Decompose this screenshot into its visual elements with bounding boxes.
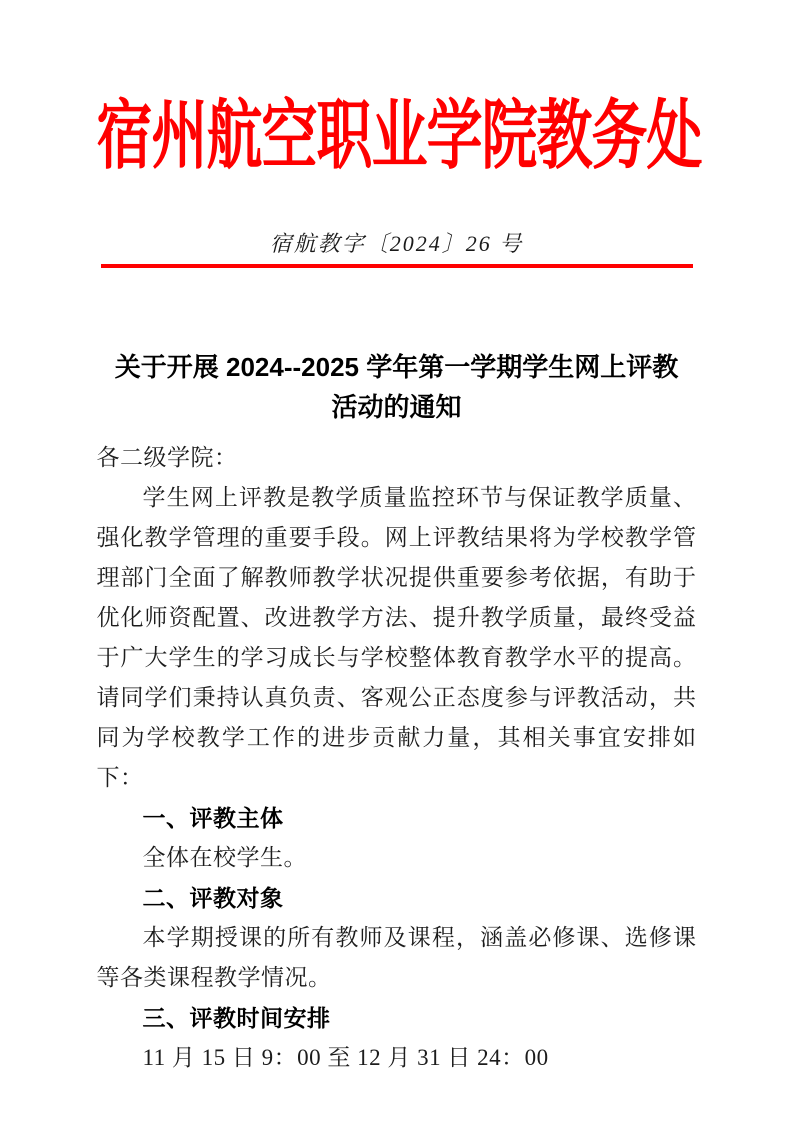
agency-header-title: 宿州航空职业学院教务处 <box>97 95 697 179</box>
red-divider-line <box>101 264 693 268</box>
section-2-body: 本学期授课的所有教师及课程，涵盖必修课、选修课等各类课程教学情况。 <box>97 918 697 998</box>
section-3-body: 11 月 15 日 9：00 至 12 月 31 日 24：00 <box>97 1038 697 1078</box>
section-1-heading: 一、评教主体 <box>97 798 697 838</box>
intro-paragraph: 学生网上评教是教学质量监控环节与保证教学质量、强化教学管理的重要手段。网上评教结… <box>97 478 697 798</box>
document-content: 宿州航空职业学院教务处 宿航教字〔2024〕26 号 关于开展 2024--20… <box>97 106 697 1078</box>
notice-title: 关于开展 2024--2025 学年第一学期学生网上评教 活动的通知 <box>97 347 697 427</box>
notice-title-line-1: 关于开展 2024--2025 学年第一学期学生网上评教 <box>97 347 697 387</box>
section-1-body: 全体在校学生。 <box>97 838 697 878</box>
document-body: 各二级学院： 学生网上评教是教学质量监控环节与保证教学质量、强化教学管理的重要手… <box>97 438 697 1078</box>
doc-number: 宿航教字〔2024〕26 号 <box>97 230 697 257</box>
section-3-heading: 三、评教时间安排 <box>97 998 697 1038</box>
document-page: 宿州航空职业学院教务处 宿航教字〔2024〕26 号 关于开展 2024--20… <box>0 0 793 1122</box>
salutation: 各二级学院： <box>97 438 697 478</box>
notice-title-line-2: 活动的通知 <box>97 387 697 427</box>
section-2-heading: 二、评教对象 <box>97 878 697 918</box>
